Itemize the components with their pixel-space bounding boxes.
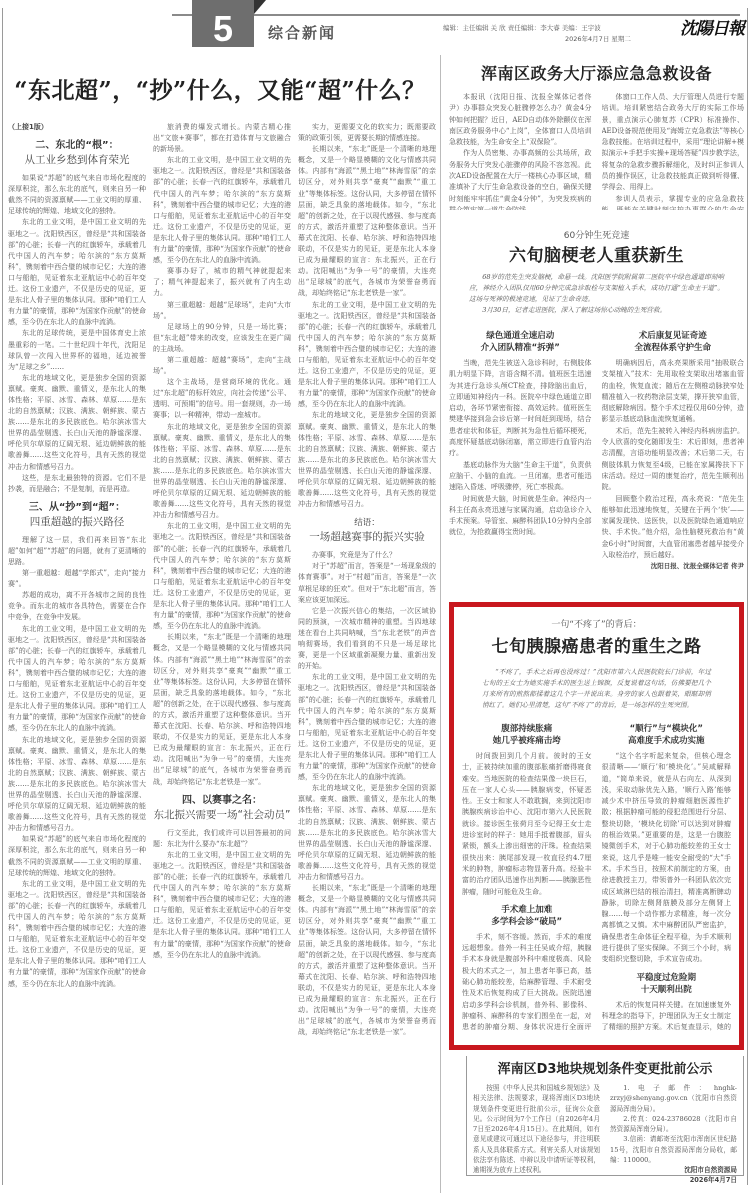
pancreas-story-column-2: “顺行”与“模块化” 高难度手术成功实施 “这个名字听起来复杂，但核心理念很清晰… <box>602 721 732 1031</box>
lead-paragraph: 3月30日，记者走进医院，深入了解这场惊心动魄的生死营救。 <box>469 305 724 316</box>
paragraph: 东北的工业文明，是中国工业文明的先驱地之一。沈阳铁西区，曾经是“共和国装备部”的… <box>8 217 146 328</box>
paragraph: 如果说“苏超”的底气来自市场化程度的深厚积淀，那么东北的底气，则来自另一种截然不… <box>8 834 146 878</box>
continued-note: （上接1版） <box>8 122 146 133</box>
subhead-line: 十天顺利出院 <box>602 984 732 996</box>
byline: 沈阳日报、沈报全媒体记者 佟尹 <box>602 561 745 572</box>
main-headline: “东北超”，“抄”什么，又能“超”什么？ <box>0 72 440 105</box>
section-4-heading-line2: 东北振兴需要一场“社会动员” <box>153 808 291 822</box>
pancreas-story-box: 一句“不疼了”的背后： 七旬胰腺癌患者的重生之路 “不疼了，手术之后再也没疼过！… <box>449 602 744 1050</box>
editor-credits: 编辑：主任编辑 关 欣 责任编辑：李大睿 美编：王宇波 <box>443 23 601 32</box>
paragraph: 这个主战场，是营商环境的优化。通过“东北超”的标杆效应，向社会传递“公平、透明、… <box>153 377 291 421</box>
paragraph: 当晚，范先生被送入急诊科时，右侧肢体肌力明显下降，言语含糊不清。值班医生迅速为其… <box>449 358 592 460</box>
stroke-subhead-2: 术后康复见证奇迹 全流程体系守护生命 <box>602 330 745 354</box>
pancreas-subhead-3: “顺行”与“模块化” 高难度手术成功实施 <box>602 723 732 747</box>
aed-story-column-2: 体窗口工作人员、大厅管理人员进行专题培训。培训紧密结合政务大厅的实际工作场景，重… <box>602 92 745 210</box>
paragraph: 它是一次振兴信心的集结，一次区域协同的预演，一次城市精神的重塑。当四地球迷在看台… <box>298 606 436 673</box>
main-story-column-3: 实力，更需要文化的软实力；既需要政策的政策引领，更需要长期的情感连接。 长期以来… <box>298 122 436 1190</box>
paragraph: 手术，刻不容缓。然而，手术的难度远超想象。普外一科主任吴咸介绍，胰腺手术本身就是… <box>462 932 592 1031</box>
page-border-left <box>2 8 3 1185</box>
notice-column-2: 1.电子邮件：hnghk-zrzyj@shenyang.gov.cn（沈阳市自然… <box>610 1083 737 1185</box>
paragraph: 参训人员表示，掌握专业的应急急救技能，既能在关键时刻守护办事群众的生命安全，也是… <box>602 194 745 210</box>
stroke-story: 60分钟生死竞速 六旬脑梗老人重获新生 68岁的范先生突发脑梗，命悬一线。沈阳医… <box>449 214 744 599</box>
notice-date: 2026年4月7日 <box>610 1175 737 1185</box>
lead-paragraph: “不疼了，手术之后再也没疼过！”沈阳市第六人民医院院长门诊前，年过七旬的王女士为… <box>482 667 711 711</box>
page-border-right <box>747 8 748 1185</box>
paragraph: 东北的足球传统，更是中国体育史上浓墨重彩的一笔。二十世纪四十年代，沈阳足球队曾一… <box>8 328 146 372</box>
paragraph: 3.信函：请邮寄至沈阳市浑南区世纪路15号，沈阳市自然资源局浑南分局收，邮编：1… <box>610 1134 737 1165</box>
section-title: 综合新闻 <box>268 22 336 43</box>
pancreas-story-title: 七旬胰腺癌患者的重生之路 <box>462 632 731 657</box>
paragraph: 实力，更需要文化的软实力；既需要政策的政策引领，更需要长期的情感连接。 <box>298 122 436 144</box>
paragraph: 作为人员密集、办事高频的公共场所，政务服务大厅突发心脏骤停的风险不容忽视。此次A… <box>449 148 592 210</box>
subhead-line: 高难度手术成功实施 <box>602 735 732 747</box>
paragraph: 第三重超越：超越“足球场”，走向“大市场”。 <box>153 300 291 322</box>
conclusion-heading-line1: 结语： <box>298 516 436 530</box>
section-2-heading-line2: 从工业乡愁到体育荣光 <box>8 153 146 167</box>
subhead-line: 术后康复见证奇迹 <box>602 330 745 342</box>
pancreas-subhead-4: 平稳度过危险期 十天顺利出院 <box>602 972 732 996</box>
paragraph: 东北的地域文化，更是独步全国的资源禀赋。豪爽、幽默、重情义，是东北人的集体性格；… <box>298 410 436 510</box>
paragraph: 第二重超越：超越“赛场”，走向“主战场”。 <box>153 355 291 377</box>
paragraph: 按照《中华人民共和国城乡规划法》及相关法律、法规要求，现将浑南区D3地块规划条件… <box>473 1083 600 1176</box>
paragraph: 东北的工业文明，是中国工业文明的先驱地之一。沈阳铁西区，曾经是“共和国装备部”的… <box>8 879 146 990</box>
paragraph: 东北的工业文明，是中国工业文明的先驱地之一。沈阳铁西区，曾经是“共和国装备部”的… <box>153 850 291 961</box>
paragraph: 如果说“苏超”的底气来自市场化程度的深厚积淀，那么东北的底气，则来自另一种截然不… <box>8 173 146 217</box>
paragraph: 苏超的成功，离不开各城市之间的良性竞争。而东北的城市各具特色，需要在合作中竞争，… <box>8 590 146 623</box>
main-story-body: （上接1版） 二、东北的“根”： 从工业乡愁到体育荣光 如果说“苏超”的底气来自… <box>8 122 436 1190</box>
pancreas-story-lead: “不疼了，手术之后再也没疼过！”沈阳市第六人民医院院长门诊前，年过七旬的王女士为… <box>462 667 731 711</box>
paragraph: 体窗口工作人员、大厅管理人员进行专题培训。培训紧密结合政务大厅的实际工作场景，重… <box>602 92 745 194</box>
subhead-line: 平稳度过危险期 <box>602 972 732 984</box>
subhead-line: 腹部持续胀痛 <box>462 723 592 735</box>
paragraph: 长期以来，“东北”既是一个清晰的地理概念，又是一个略显模糊的文化与情感共同体。内… <box>153 632 291 787</box>
aed-story: 浑南区政务大厅添应急急救设备 本报讯（沈阳日报、沈报全媒体记者佟尹）办事群众突发… <box>449 55 744 210</box>
page-number: 5 <box>192 0 254 47</box>
page-tab-corner <box>254 0 266 14</box>
stroke-story-column-2: 术后康复见证奇迹 全流程体系守护生命 明确病因后，高永亮果断采用“抽吸联合支架植… <box>602 328 745 599</box>
column-divider <box>440 55 441 1193</box>
masthead: 5 综合新闻 编辑：主任编辑 关 欣 责任编辑：李大睿 美编：王宇波 2026年… <box>0 0 750 55</box>
paragraph: 东北的地域文化，更是独步全国的资源禀赋。豪爽、幽默、重情义，是东北人的集体性格；… <box>8 735 146 835</box>
paragraph: 长期以来，“东北”既是一个清晰的地理概念，又是一个略显模糊的文化与情感共同体。内… <box>298 883 436 1038</box>
aed-story-title: 浑南区政务大厅添应急急救设备 <box>449 61 744 84</box>
section-3-heading-line1: 三、从“抄”到“超”： <box>8 501 146 515</box>
conclusion-heading: 结语： 一场超越赛事的振兴实验 <box>298 516 436 544</box>
subhead-line: 她几乎被疼痛击垮 <box>462 735 592 747</box>
paragraph: 东北的地域文化，更是独步全国的资源禀赋。豪爽、幽默、重情义，是东北人的集体性格；… <box>153 422 291 522</box>
newspaper-logo: 沈陽日報 <box>680 14 744 39</box>
paragraph: 明确病因后，高永亮果断采用“抽吸联合支架植入”技术：先用取栓支架取出堵塞血管的血… <box>602 358 745 426</box>
pancreas-story-column-1: 腹部持续胀痛 她几乎被疼痛击垮 时间拨回到几个月前。彼时的王女士，正被持续加重的… <box>462 721 592 1031</box>
notice-issuer: 沈阳市自然资源局 <box>610 1165 737 1175</box>
lead-paragraph: 68岁的范先生突发脑梗，命悬一线。沈阳医学院附属第二医院卒中绿色通道即刻响应，神… <box>469 272 724 305</box>
main-story-column-2: 旅消费的爆发式增长。内蒙古精心推出“文旅+赛事”，都在打造体育与文旅融合的新场景… <box>153 122 291 1190</box>
stroke-story-column-1: 绿色通道全速启动 介入团队精准“拆弹” 当晚，范先生被送入急诊科时，右侧肢体肌力… <box>449 328 592 599</box>
subhead-line: 绿色通道全速启动 <box>449 330 592 342</box>
paragraph: 东北的工业文明，是中国工业文明的先驱地之一。沈阳铁西区，曾经是“共和国装备部”的… <box>298 300 436 411</box>
subhead-line: 多学科会诊“破局” <box>462 916 592 928</box>
paragraph: 行文至此，我们或许可以回答最初的问题：东北为什么要办“东北超”？ <box>153 828 291 850</box>
paragraph: 本报讯（沈阳日报、沈报全媒体记者佟尹）办事群众突发心脏骤停怎么办？黄金4分钟如何… <box>449 92 592 148</box>
section-3-heading-line2: 四重超越的振兴路径 <box>8 515 146 529</box>
stroke-story-title: 六旬脑梗老人重获新生 <box>449 241 744 266</box>
stroke-subhead-1: 绿色通道全速启动 介入团队精准“拆弹” <box>449 330 592 354</box>
notice-column-1: 按照《中华人民共和国城乡规划法》及相关法律、法规要求，现将浑南区D3地块规划条件… <box>473 1083 600 1185</box>
paragraph: 时间就是大脑，时间就是生命。神经内一科主任高永亮迅速与家属沟通，启动急诊介入手术… <box>449 494 592 539</box>
pancreas-subhead-1: 腹部持续胀痛 她几乎被疼痛击垮 <box>462 723 592 747</box>
paragraph: 对于“苏超”而言，答案是“一场现象级的体育赛事”。对于“村超”而言，答案是“一次… <box>298 561 436 605</box>
subhead-line: 介入团队精准“拆弹” <box>449 342 592 354</box>
paragraph: 第一重超越：超越“学郎式”，走向“接力赛”。 <box>8 568 146 590</box>
stroke-story-kicker: 60分钟生死竞速 <box>449 228 744 241</box>
paragraph: 办赛事，究竟是为了什么？ <box>298 550 436 561</box>
paragraph: 长期以来，“东北”既是一个清晰的地理概念，又是一个略显模糊的文化与情感共同体。内… <box>298 144 436 299</box>
paragraph: 赛事办好了，城市的精气神就提起来了；精气神提起来了，振兴就有了内生动力。 <box>153 266 291 299</box>
aed-story-column-1: 本报讯（沈阳日报、沈报全媒体记者佟尹）办事群众突发心脏骤停怎么办？黄金4分钟如何… <box>449 92 592 210</box>
paragraph: 足球场上的90分钟，只是一场比赛；但“东北超”带来的改变，应该发生在更广阔的主战… <box>153 322 291 355</box>
section-2-heading-line1: 二、东北的“根”： <box>8 139 146 153</box>
section-4-heading-line1: 四、以赛事之名： <box>153 794 291 808</box>
paragraph: “这个名字听起来复杂，但核心理念很清晰——‘顺行’和‘模块化’。”吴咸解释道，“… <box>602 751 732 966</box>
conclusion-heading-line2: 一场超越赛事的振兴实验 <box>298 530 436 544</box>
paragraph: 时间拨回到几个月前。彼时的王女士，正被持续加重的腹部胀痛折磨得寝食难安。当地医院… <box>462 751 592 898</box>
paragraph: 东北的地域文化，更是独步全国的资源禀赋。豪爽、幽默、重情义，是东北人的集体性格；… <box>298 783 436 883</box>
subhead-line: “顺行”与“模块化” <box>602 723 732 735</box>
section-3-heading: 三、从“抄”到“超”： 四重超越的振兴路径 <box>8 501 146 529</box>
section-4-heading: 四、以赛事之名： 东北振兴需要一场“社会动员” <box>153 794 291 822</box>
paragraph: 术后的恢复同样关键。在加速康复外科理念的指导下，护理团队为王女士制定了精细的照护… <box>602 1000 732 1031</box>
paragraph: 这些，是东北最独特的资源。它们不是抄袭，而是融合；不是复制，而是再造。 <box>8 473 146 495</box>
publication-date: 2026年4月7日 星期二 <box>565 34 631 43</box>
subhead-line: 手术难上加难 <box>462 904 592 916</box>
paragraph: 2.传真：024-23786028（沈阳市自然资源局浑南分局）。 <box>610 1114 737 1135</box>
planning-notice: 浑南区D3地块规划条件变更批前公示 按照《中华人民共和国城乡规划法》及相关法律、… <box>466 1056 744 1176</box>
paragraph: 1.电子邮件：hnghk-zrzyj@shenyang.gov.cn（沈阳市自然… <box>610 1083 737 1114</box>
paragraph: 东北的工业文明，是中国工业文明的先驱地之一。沈阳铁西区，曾经是“共和国装备部”的… <box>8 624 146 735</box>
paragraph: 东北的工业文明，是中国工业文明的先驱地之一。沈阳铁西区，曾经是“共和国装备部”的… <box>298 672 436 783</box>
paragraph: 术后，范先生被转入神经内科病房监护。令人欣喜的变化随即发生：术后即刻，患者神志清… <box>602 426 745 494</box>
stroke-story-lead: 68岁的范先生突发脑梗，命悬一线。沈阳医学院附属第二医院卒中绿色通道即刻响应，神… <box>449 272 744 316</box>
right-column: 浑南区政务大厅添应急急救设备 本报讯（沈阳日报、沈报全媒体记者佟尹）办事群众突发… <box>449 55 744 599</box>
paragraph: 东北的地域文化，更是独步全国的资源禀赋。豪爽、幽默、重情义，是东北人的集体性格；… <box>8 373 146 473</box>
section-2-heading: 二、东北的“根”： 从工业乡愁到体育荣光 <box>8 139 146 167</box>
paragraph: 理解了这一层，我们再来回答“东北超”如何“超”“苏超”的问题，就有了更清晰的思路… <box>8 535 146 568</box>
main-story-column-1: （上接1版） 二、东北的“根”： 从工业乡愁到体育荣光 如果说“苏超”的底气来自… <box>8 122 146 1190</box>
paragraph: 回顾整个救治过程，高永亮说：“范先生能够如此迅速地恢复，关键在于两个‘快’——家… <box>602 494 745 562</box>
paragraph: 东北的工业文明，是中国工业文明的先驱地之一。沈阳铁西区，曾经是“共和国装备部”的… <box>153 155 291 266</box>
notice-title: 浑南区D3地块规划条件变更批前公示 <box>473 1058 737 1077</box>
masthead-rule <box>172 14 740 16</box>
pancreas-subhead-2: 手术难上加难 多学科会诊“破局” <box>462 904 592 928</box>
paragraph: 旅消费的爆发式增长。内蒙古精心推出“文旅+赛事”，都在打造体育与文旅融合的新场景… <box>153 122 291 155</box>
paragraph: 东北的工业文明，是中国工业文明的先驱地之一。沈阳铁西区，曾经是“共和国装备部”的… <box>153 521 291 632</box>
subhead-line: 全流程体系守护生命 <box>602 342 745 354</box>
paragraph: 基底动脉作为大脑“生命主干道”，负责供应脑干、小脑的血流。一旦闭塞，患者可能迅速… <box>449 460 592 494</box>
pancreas-story-kicker: 一句“不疼了”的背后： <box>462 617 731 630</box>
